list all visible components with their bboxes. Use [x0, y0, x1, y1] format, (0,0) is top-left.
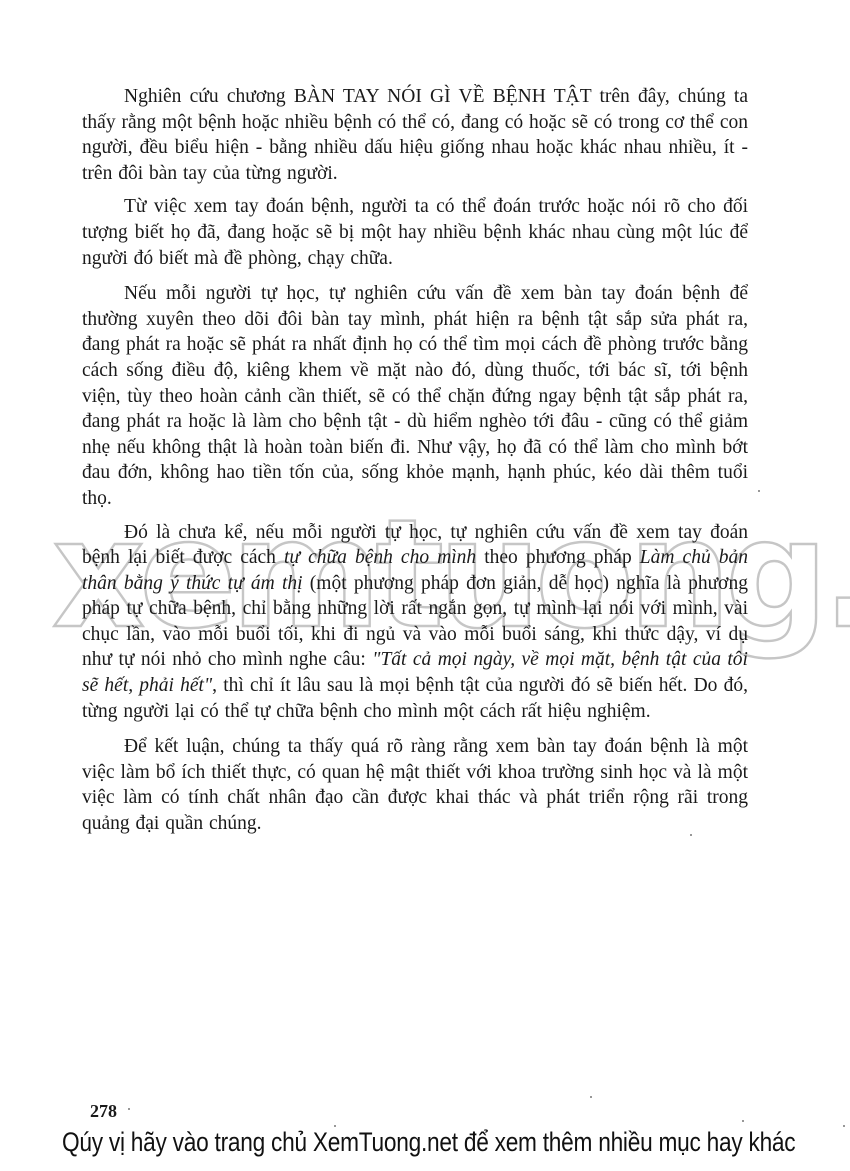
- paragraph-5: Để kết luận, chúng ta thấy quá rõ ràng r…: [82, 734, 748, 836]
- scanned-book-page: xemtuong.net Nghiên cứu chương BÀN TAY N…: [0, 0, 850, 1171]
- footer-site-note: Qúy vị hãy vào trang chủ XemTuong.net để…: [62, 1122, 795, 1162]
- page-number: 278: [90, 1101, 117, 1122]
- paragraph-3-text: Nếu mỗi người tự học, tự nghiên cứu vấn …: [82, 283, 748, 509]
- scan-speck: [334, 1125, 336, 1127]
- scan-speck: [843, 1125, 845, 1127]
- paragraph-4-italic-self-healing: tự chữa bệnh cho mình: [284, 547, 476, 568]
- paragraph-1: Nghiên cứu chương BÀN TAY NÓI GÌ VỀ BỆNH…: [82, 84, 748, 186]
- paragraph-4-text-b: theo phương pháp: [476, 547, 640, 568]
- scan-speck: [590, 1096, 592, 1098]
- paragraph-3: Nếu mỗi người tự học, tự nghiên cứu vấn …: [82, 281, 748, 511]
- paragraph-5-text: Để kết luận, chúng ta thấy quá rõ ràng r…: [82, 736, 748, 834]
- scan-speck: [128, 1108, 130, 1110]
- paragraph-4: Đó là chưa kể, nếu mỗi người tự học, tự …: [82, 520, 748, 725]
- scan-speck: [742, 1120, 744, 1122]
- paragraph-2: Từ việc xem tay đoán bệnh, người ta có t…: [82, 194, 748, 271]
- body-text: Nghiên cứu chương BÀN TAY NÓI GÌ VỀ BỆNH…: [82, 84, 748, 845]
- paragraph-1-text: Nghiên cứu chương BÀN TAY NÓI GÌ VỀ BỆNH…: [82, 86, 748, 184]
- paragraph-2-text: Từ việc xem tay đoán bệnh, người ta có t…: [82, 196, 748, 268]
- scan-speck: [758, 490, 760, 492]
